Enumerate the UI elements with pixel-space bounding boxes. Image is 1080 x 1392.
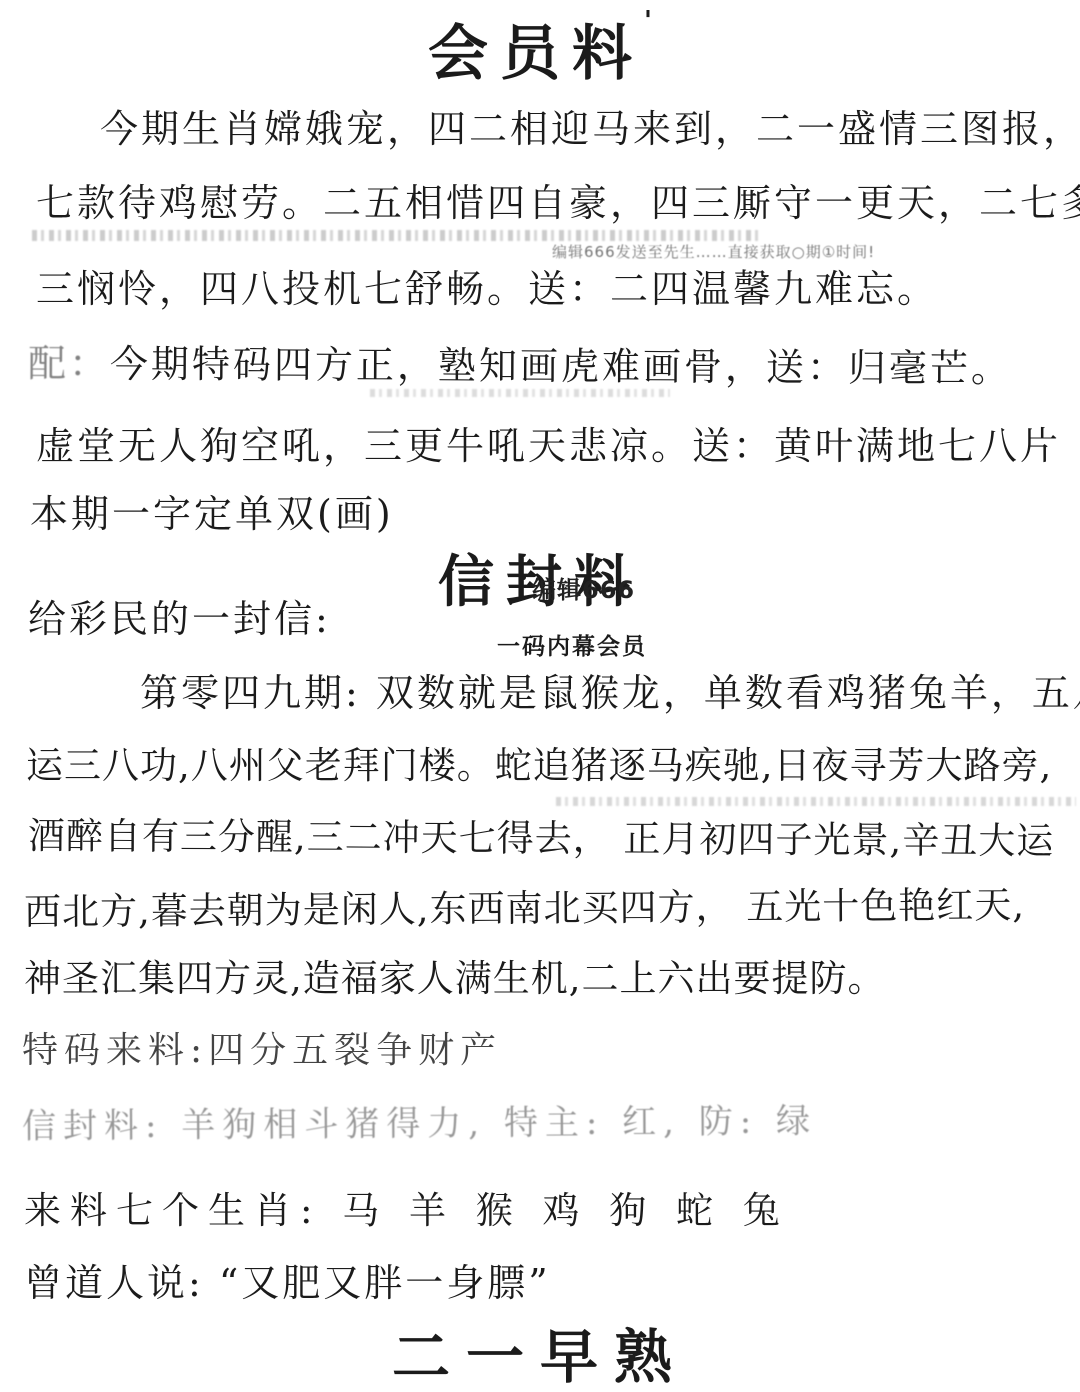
footer-title: 二一早熟 bbox=[0, 1310, 1080, 1392]
ghost-struck-text-strip bbox=[32, 230, 760, 241]
zengdaoren-quote-line: 曾道人说: “又肥又胖一身膘” bbox=[24, 1252, 551, 1307]
faint-ink-marks-strip bbox=[370, 389, 670, 397]
seven-zodiac-line: 来料七个生肖: 马 羊 猴 鸡 狗 蛇 兔 bbox=[24, 1180, 789, 1234]
envelope-para-line-5: 神圣汇集四方灵,造福家人满生机,二上六出要提防。 bbox=[24, 948, 886, 1002]
envelope-para-line-1: 第零四九期: 双数就是鼠猴龙，单数看鸡猪兔羊，五八有 bbox=[140, 662, 1080, 717]
tema-body: 今期特码四方正，塾知画虎难画骨，送：归毫芒。 bbox=[110, 342, 1012, 391]
insider-note: 一码内幕会员 bbox=[497, 628, 647, 661]
tema-prefix: 配： bbox=[28, 341, 110, 385]
envelope-para-line-3: 酒醉自有三分醒,三二冲天七得去， 正月初四子光景,辛丑大运 bbox=[28, 805, 1055, 864]
letter-to-punters-label: 给彩民的一封信: bbox=[28, 588, 331, 643]
tema-laoliao-line: 特码来料:四分五裂争财产 bbox=[22, 1022, 502, 1073]
envelope-para-line-4: 西北方,暮去朝为是闲人,东西南北买四方， 五光十色艳红天, bbox=[24, 875, 1025, 936]
member-section-title: 会员料' bbox=[0, 6, 1080, 92]
member-tema-line: 配：今期特码四方正，塾知画虎难画骨，送：归毫芒。 bbox=[28, 332, 1012, 392]
member-para-line-3: 三悯怜，四八投机七舒畅。送：二四温馨九难忘。 bbox=[36, 258, 938, 313]
member-dog-line: 虚堂无人狗空吼，三更牛吼天悲凉。送：黄叶满地七八片 bbox=[36, 415, 1061, 470]
member-title-text: 会员料 bbox=[428, 19, 644, 89]
member-para-line-2: 七款待鸡慰劳。二五相惜四自豪，四三厮守一更天，二七多情 bbox=[36, 172, 1080, 227]
faint-ghost-strip bbox=[556, 797, 1076, 806]
member-danshuang-line: 本期一字定单双(画) bbox=[30, 483, 394, 538]
title-stray-mark: ' bbox=[644, 6, 652, 36]
editor-badge: 编辑666 bbox=[532, 570, 635, 605]
envelope-para-line-2: 运三八功,八州父老拜门楼。蛇追猪逐马疾驰,日夜寻芳大路旁, bbox=[26, 735, 1052, 789]
member-para-line-1: 今期生肖嫦娥宠，四二相迎马来到，二一盛情三图报，二 bbox=[100, 98, 1080, 153]
scanned-lottery-tip-sheet: 会员料' 今期生肖嫦娥宠，四二相迎马来到，二一盛情三图报，二 七款待鸡慰劳。二五… bbox=[0, 0, 1080, 1392]
xinfengliao-faded-line: 信封料: 羊狗相斗猪得力, 特主: 红, 防: 绿 bbox=[22, 1093, 817, 1148]
